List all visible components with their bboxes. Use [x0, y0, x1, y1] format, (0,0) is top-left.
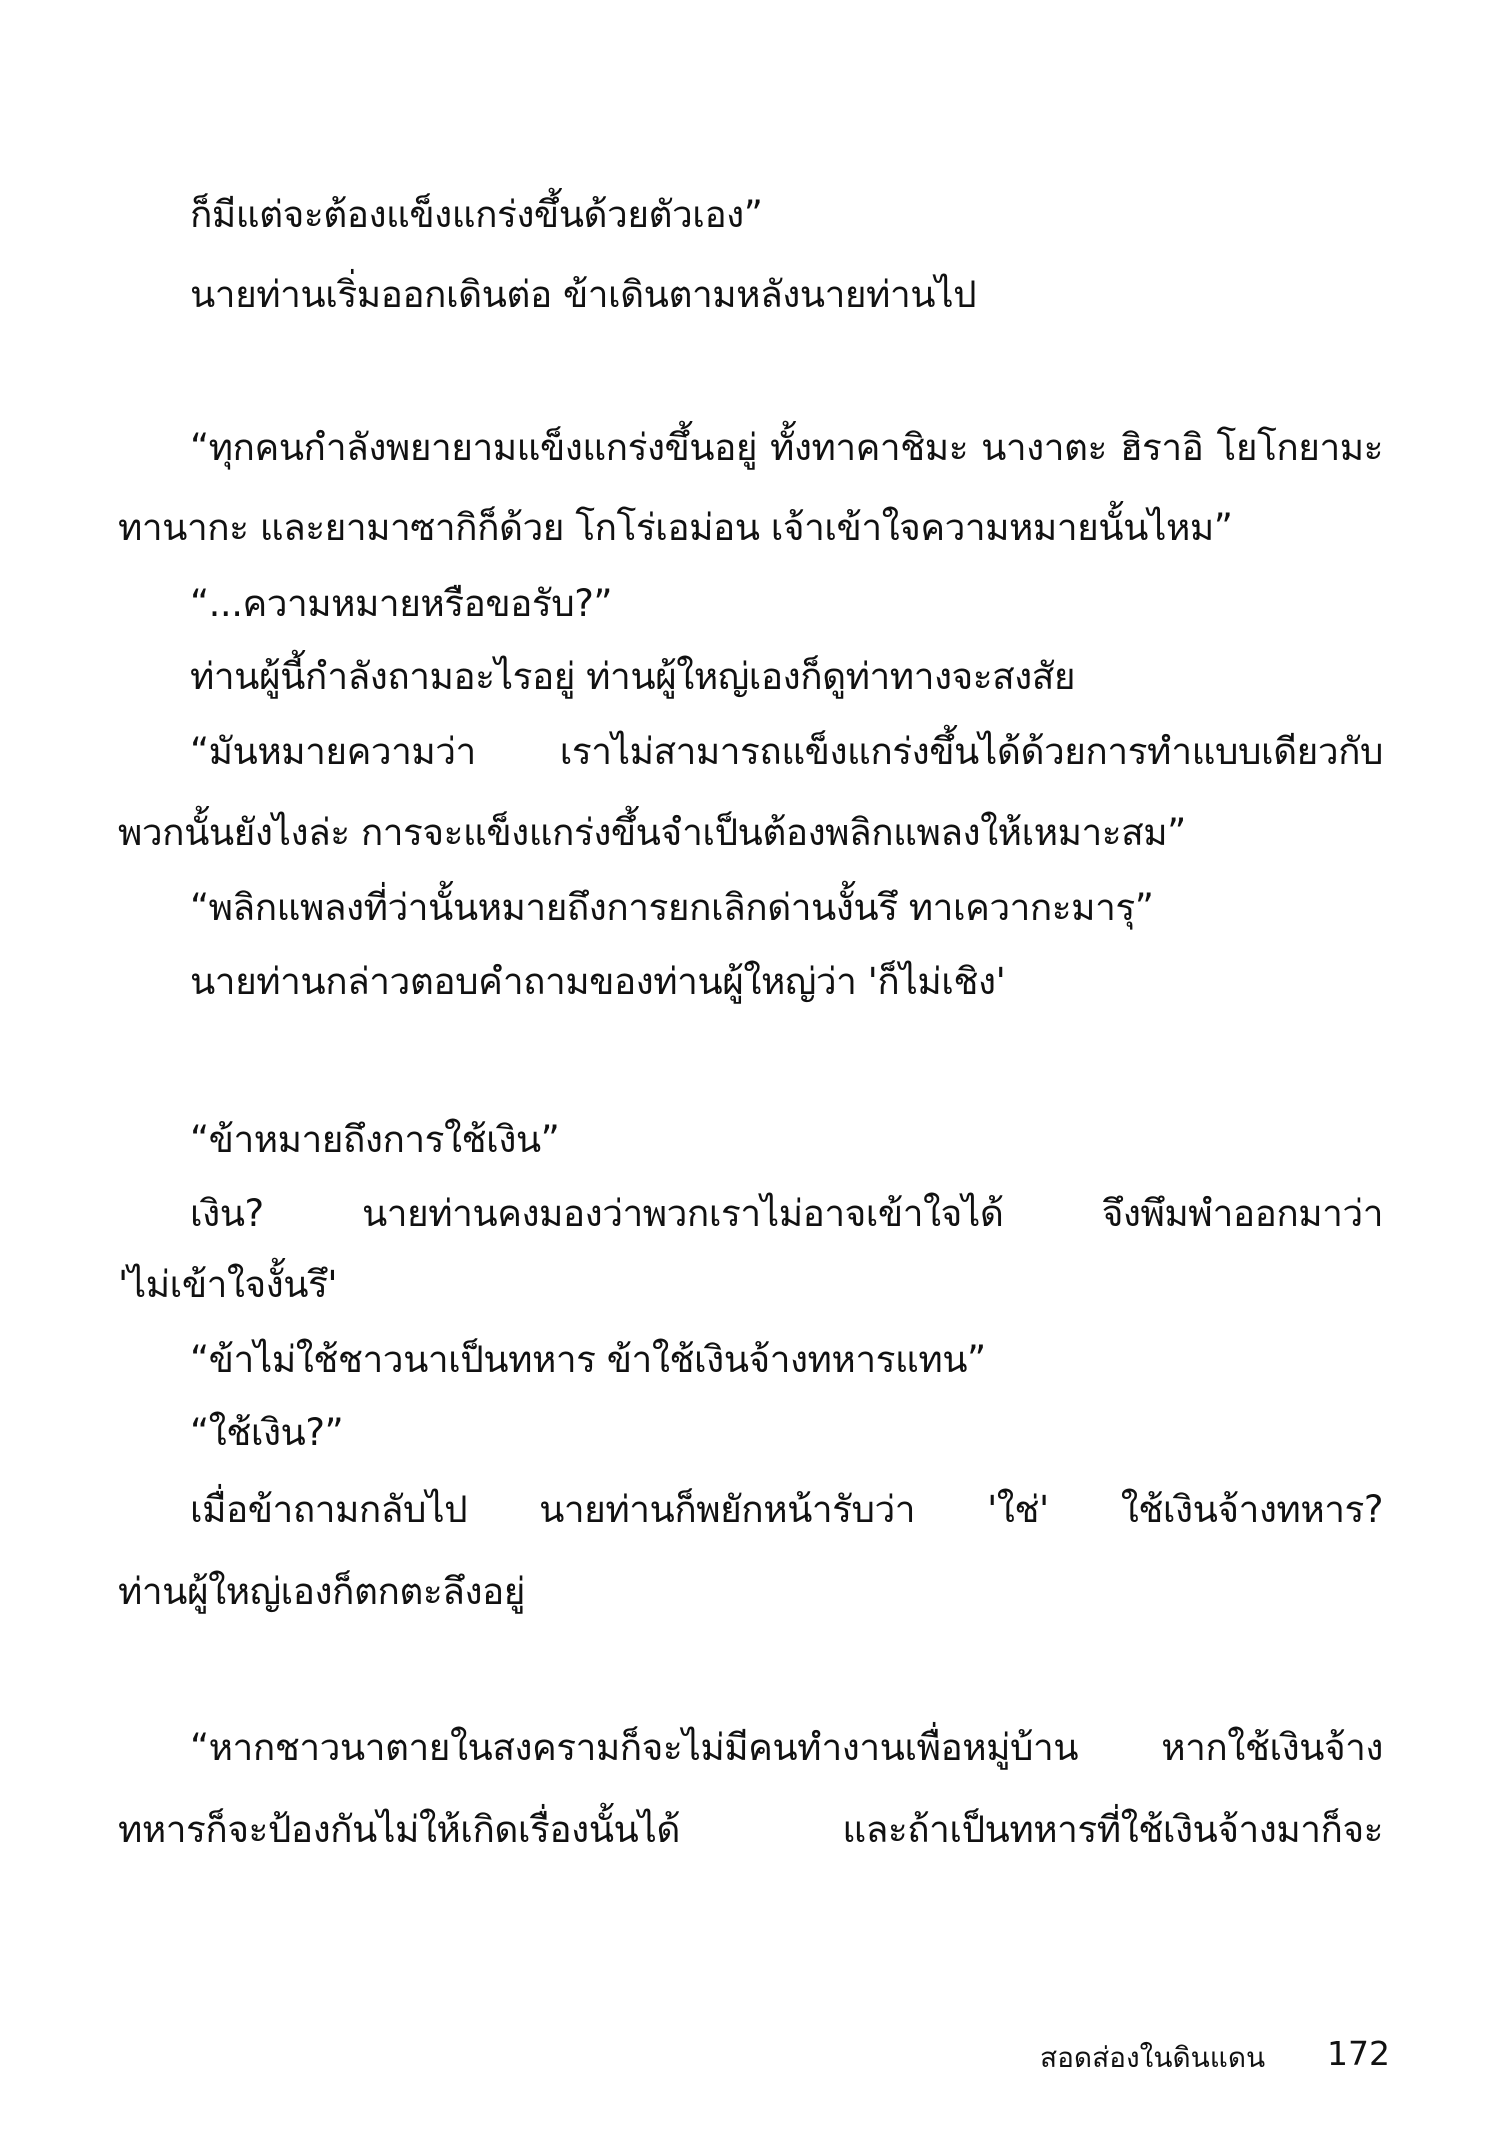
- text-line: “มันหมายความว่า เราไม่สามารถแข็งแกร่งขึ้…: [190, 722, 1383, 782]
- text-line: พวกนั้นยังไงล่ะ การจะแข็งแกร่งขึ้นจำเป็น…: [118, 803, 1383, 863]
- text-line: “ทุกคนกำลังพยายามแข็งแกร่งขึ้นอยู่ ทั้งท…: [190, 418, 1383, 478]
- running-footer-title: สอดส่องในดินแดน: [1040, 2038, 1265, 2078]
- text-line: เมื่อข้าถามกลับไป นายท่านก็พยักหน้ารับว่…: [190, 1480, 1383, 1540]
- text-line: “พลิกแพลงที่ว่านั้นหมายถึงการยกเลิกด่านง…: [190, 878, 1383, 938]
- text-line: “ข้าไม่ใช้ชาวนาเป็นทหาร ข้าใช้เงินจ้างทห…: [190, 1330, 1383, 1390]
- text-line: ท่านผู้ใหญ่เองก็ตกตะลึงอยู่: [118, 1562, 1383, 1622]
- text-line: “ใช้เงิน?”: [190, 1403, 1383, 1463]
- text-line: “หากชาวนาตายในสงครามก็จะไม่มีคนทำงานเพื่…: [190, 1718, 1383, 1778]
- text-line: 'ไม่เข้าใจงั้นรึ': [118, 1255, 1383, 1315]
- text-line: เงิน? นายท่านคงมองว่าพวกเราไม่อาจเข้าใจไ…: [190, 1184, 1383, 1244]
- text-line: “ข้าหมายถึงการใช้เงิน”: [190, 1110, 1383, 1170]
- book-page: ก็มีแต่จะต้องแข็งแกร่งขึ้นด้วยตัวเอง” นา…: [0, 0, 1512, 2150]
- text-line: “...ความหมายหรือขอรับ?”: [190, 574, 1383, 634]
- text-line: ก็มีแต่จะต้องแข็งแกร่งขึ้นด้วยตัวเอง”: [190, 185, 1383, 245]
- text-line: ทหารก็จะป้องกันไม่ให้เกิดเรื่องนั้นได้ แ…: [118, 1800, 1383, 1860]
- text-line: นายท่านเริ่มออกเดินต่อ ข้าเดินตามหลังนาย…: [190, 265, 1383, 325]
- text-line: นายท่านกล่าวตอบคำถามของท่านผู้ใหญ่ว่า 'ก…: [190, 952, 1383, 1012]
- page-number: 172: [1327, 2032, 1390, 2076]
- text-line: ท่านผู้นี้กำลังถามอะไรอยู่ ท่านผู้ใหญ่เอ…: [190, 647, 1383, 707]
- text-line: ทานากะ และยามาซากิก็ด้วย โกโร่เอม่อน เจ้…: [118, 498, 1383, 558]
